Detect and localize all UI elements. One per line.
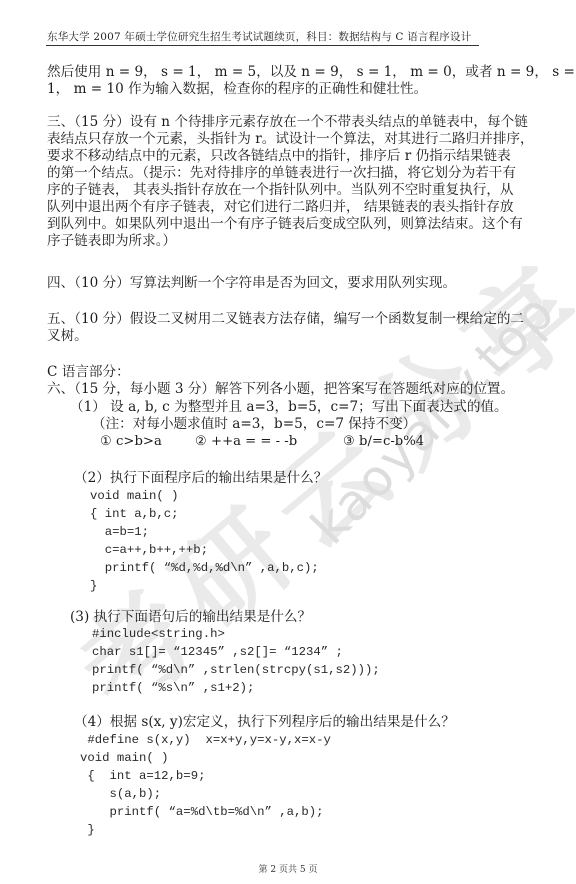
q5-line-1: 五、（10 分）假设二叉树用二叉链表方法存储，编写一个函数复制一棵给定的二: [47, 311, 524, 328]
q6-sub1-prompt: （1） 设 a, b, c 为整型并且 a=3，b=5，c=7；写出下面表达式的…: [70, 399, 508, 416]
q6-sub2-code-5: printf( “%d,%d,%d\n” ,a,b,c);: [90, 560, 319, 578]
q6-sub1-item-1: ① c>b>a: [100, 434, 162, 449]
q6-sub3-prompt: (3) 执行下面语句后的输出结果是什么？: [70, 609, 311, 626]
q6-sub1-note: （注：对每小题求值时 a=3，b=5，c=7 保持不变）: [92, 416, 416, 433]
q6-sub2-code-6: }: [90, 578, 97, 596]
q3-line-4: 的第一个结点。（提示：先对待排序的单链表进行一次扫描，将它划分为若干有: [47, 165, 516, 182]
q6-sub3-code-2: char s1[]= “12345” ,s2[]= “1234” ;: [92, 644, 343, 662]
q6-sub3-code-1: #include<string.h>: [92, 626, 225, 644]
q3-line-1: 三、（15 分）设有 n 个待排序元素存放在一个不带表头结点的单链表中，每个链: [47, 114, 528, 131]
q6-sub2-code-3: a=b=1;: [90, 524, 149, 542]
q6-sub4-code-4: s(a,b);: [80, 786, 161, 804]
q4-text: 四、（10 分）写算法判断一个字符串是否为回文，要求用队列实现。: [47, 275, 456, 292]
exam-page: 考研云分享 kaoyany.top 东华大学 2007 年硕士学位研究生招生考试…: [0, 0, 576, 884]
q6-sub4-code-2: void main( ): [80, 750, 169, 768]
q6-sub1-item-3: ③ b/=c-b%4: [343, 434, 424, 449]
q3-line-7: 到队列中。如果队列中退出一个有序子链表后变成空队列，则算法结束。这个有: [47, 216, 523, 233]
page-header: 东华大学 2007 年硕士学位研究生招生考试试题续页，科目：数据结构与 C 语言…: [47, 29, 479, 44]
page-number: 第 2 页共 5 页: [0, 862, 576, 875]
q3-line-8: 序子链表即为所求。）: [47, 233, 176, 250]
q6-sub4-prompt: （4）根据 s(x, y)宏定义，执行下列程序后的输出结果是什么？: [74, 714, 455, 731]
header-divider: [46, 45, 479, 46]
q6-sub2-code-4: c=a++,b++,++b;: [90, 542, 208, 560]
q6-heading: 六、（15 分，每小题 3 分）解答下列各小题，把答案写在答题纸对应的位置。: [47, 381, 514, 398]
q6-sub4-code-5: printf( “a=%d\tb=%d\n” ,a,b);: [80, 804, 324, 822]
q6-sub2-code-1: void main( ): [90, 488, 179, 506]
q6-sub2-prompt: （2）执行下面程序后的输出结果是什么？: [74, 470, 327, 487]
continuation-line-1: 然后使用 n = 9， s = 1， m = 5，以及 n = 9， s = 1…: [47, 64, 575, 81]
q6-sub1-item-2: ② ++a = = - -b: [195, 434, 297, 449]
q5-line-2: 叉树。: [47, 328, 88, 345]
q6-sub3-code-3: printf( “%d\n” ,strlen(strcpy(s1,s2)));: [92, 662, 380, 680]
q3-line-3: 要求不移动结点中的元素，只改各链结点中的指针，排序后 r 仍指示结果链表: [47, 148, 511, 165]
q6-sub3-code-4: printf( “%s\n” ,s1+2);: [92, 680, 254, 698]
q3-line-6: 队列中退出两个有序子链表，对它们进行二路归并， 结果链表的表头指针存放: [47, 199, 514, 216]
q6-sub4-code-1: #define s(x,y) x=x+y,y=x-y,x=x-y: [80, 732, 331, 750]
c-section-title: C 语言部分：: [47, 364, 130, 381]
q6-sub4-code-6: }: [80, 822, 95, 840]
q6-sub4-code-3: { int a=12,b=9;: [80, 768, 205, 786]
q3-line-5: 序的子链表， 其表头指针存放在一个指针队列中。当队列不空时重复执行，从: [47, 182, 514, 199]
q6-sub2-code-2: { int a,b,c;: [90, 506, 179, 524]
q3-line-2: 表结点只存放一个元素，头指针为 r。试设计一个算法，对其进行二路归并排序，: [47, 131, 534, 148]
continuation-line-2: 1， m = 10 作为输入数据，检查你的程序的正确性和健壮性。: [47, 81, 427, 98]
